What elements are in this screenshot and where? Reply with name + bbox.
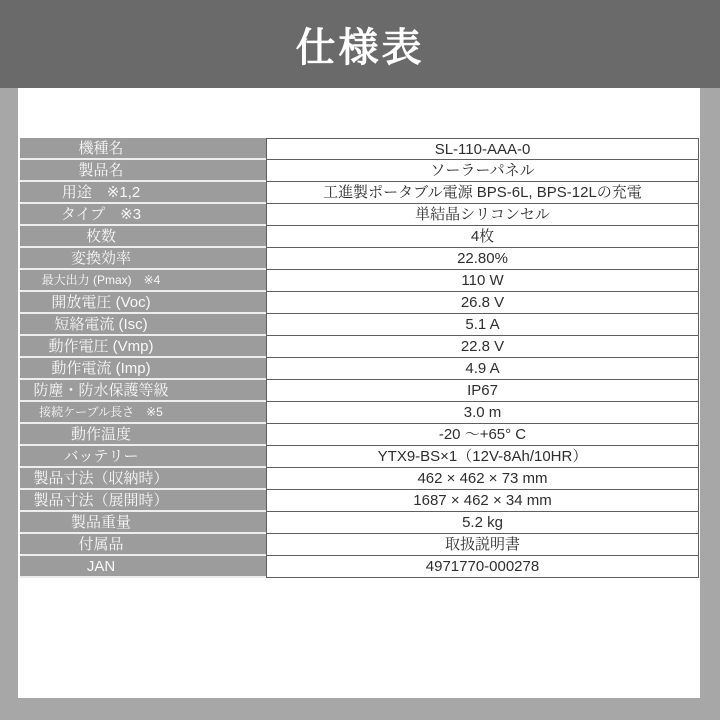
spec-row: 製品寸法（展開時）1687 × 462 × 34 mm [20,490,699,512]
spec-label: 短絡電流 (Isc) [20,314,266,336]
spec-value: 1687 × 462 × 34 mm [266,490,699,512]
spec-row: 枚数4枚 [20,226,699,248]
spec-label: バッテリー [20,446,266,468]
spec-label: 製品名 [20,160,266,182]
page-header: 仕様表 [0,0,720,88]
spec-row: 製品名ソーラーパネル [20,160,699,182]
spec-value: SL-110-AAA-0 [266,138,699,160]
spec-panel: 機種名SL-110-AAA-0製品名ソーラーパネル用途 ※1,2工進製ポータブル… [18,88,700,698]
spec-row: バッテリーYTX9-BS×1（12V-8Ah/10HR） [20,446,699,468]
spec-value: 4971770-000278 [266,556,699,578]
spec-label: 接続ケーブル長さ ※5 [20,402,266,424]
spec-row: 動作温度-20 ～+65° C [20,424,699,446]
spec-label: 変換効率 [20,248,266,270]
spec-label: 製品寸法（収納時） [20,468,266,490]
spec-label: 動作温度 [20,424,266,446]
spec-row: 最大出力 (Pmax) ※4110 W [20,270,699,292]
spec-label: タイプ ※3 [20,204,266,226]
spec-value: 4.9 A [266,358,699,380]
spec-label: 枚数 [20,226,266,248]
spec-value: 3.0 m [266,402,699,424]
spec-label: 製品寸法（展開時） [20,490,266,512]
spec-value: YTX9-BS×1（12V-8Ah/10HR） [266,446,699,468]
spec-row: 接続ケーブル長さ ※53.0 m [20,402,699,424]
spec-value: 5.1 A [266,314,699,336]
spec-row: 開放電圧 (Voc)26.8 V [20,292,699,314]
spec-row: 変換効率22.80% [20,248,699,270]
spec-value: 462 × 462 × 73 mm [266,468,699,490]
spec-row: タイプ ※3単結晶シリコンセル [20,204,699,226]
spec-row: 製品寸法（収納時）462 × 462 × 73 mm [20,468,699,490]
spec-label: 動作電流 (Imp) [20,358,266,380]
spec-label: 防塵・防水保護等級 [20,380,266,402]
spec-row: 防塵・防水保護等級IP67 [20,380,699,402]
spec-value: 取扱説明書 [266,534,699,556]
spec-label: 開放電圧 (Voc) [20,292,266,314]
spec-value: 22.8 V [266,336,699,358]
spec-value: 工進製ポータブル電源 BPS-6L, BPS-12Lの充電 [266,182,699,204]
spec-row: 短絡電流 (Isc)5.1 A [20,314,699,336]
spec-value: 22.80% [266,248,699,270]
page-title: 仕様表 [296,16,425,73]
spec-value: 単結晶シリコンセル [266,204,699,226]
spec-label: 最大出力 (Pmax) ※4 [20,270,266,292]
spec-value: 110 W [266,270,699,292]
spec-label: 用途 ※1,2 [20,182,266,204]
spec-label: 機種名 [20,138,266,160]
spec-row: 動作電流 (Imp)4.9 A [20,358,699,380]
spec-label: 動作電圧 (Vmp) [20,336,266,358]
spec-value: 4枚 [266,226,699,248]
spec-row: JAN4971770-000278 [20,556,699,578]
spec-value: IP67 [266,380,699,402]
spec-value: ソーラーパネル [266,160,699,182]
spec-table: 機種名SL-110-AAA-0製品名ソーラーパネル用途 ※1,2工進製ポータブル… [20,138,699,578]
spec-row: 機種名SL-110-AAA-0 [20,138,699,160]
spec-row: 用途 ※1,2工進製ポータブル電源 BPS-6L, BPS-12Lの充電 [20,182,699,204]
spec-label: JAN [20,556,266,578]
spec-row: 動作電圧 (Vmp)22.8 V [20,336,699,358]
spec-row: 製品重量5.2 kg [20,512,699,534]
page-background: { "page_title": "仕様表", "colors": { "page… [0,0,720,720]
spec-value: 5.2 kg [266,512,699,534]
spec-row: 付属品取扱説明書 [20,534,699,556]
spec-label: 製品重量 [20,512,266,534]
spec-label: 付属品 [20,534,266,556]
spec-value: -20 ～+65° C [266,424,699,446]
spec-value: 26.8 V [266,292,699,314]
